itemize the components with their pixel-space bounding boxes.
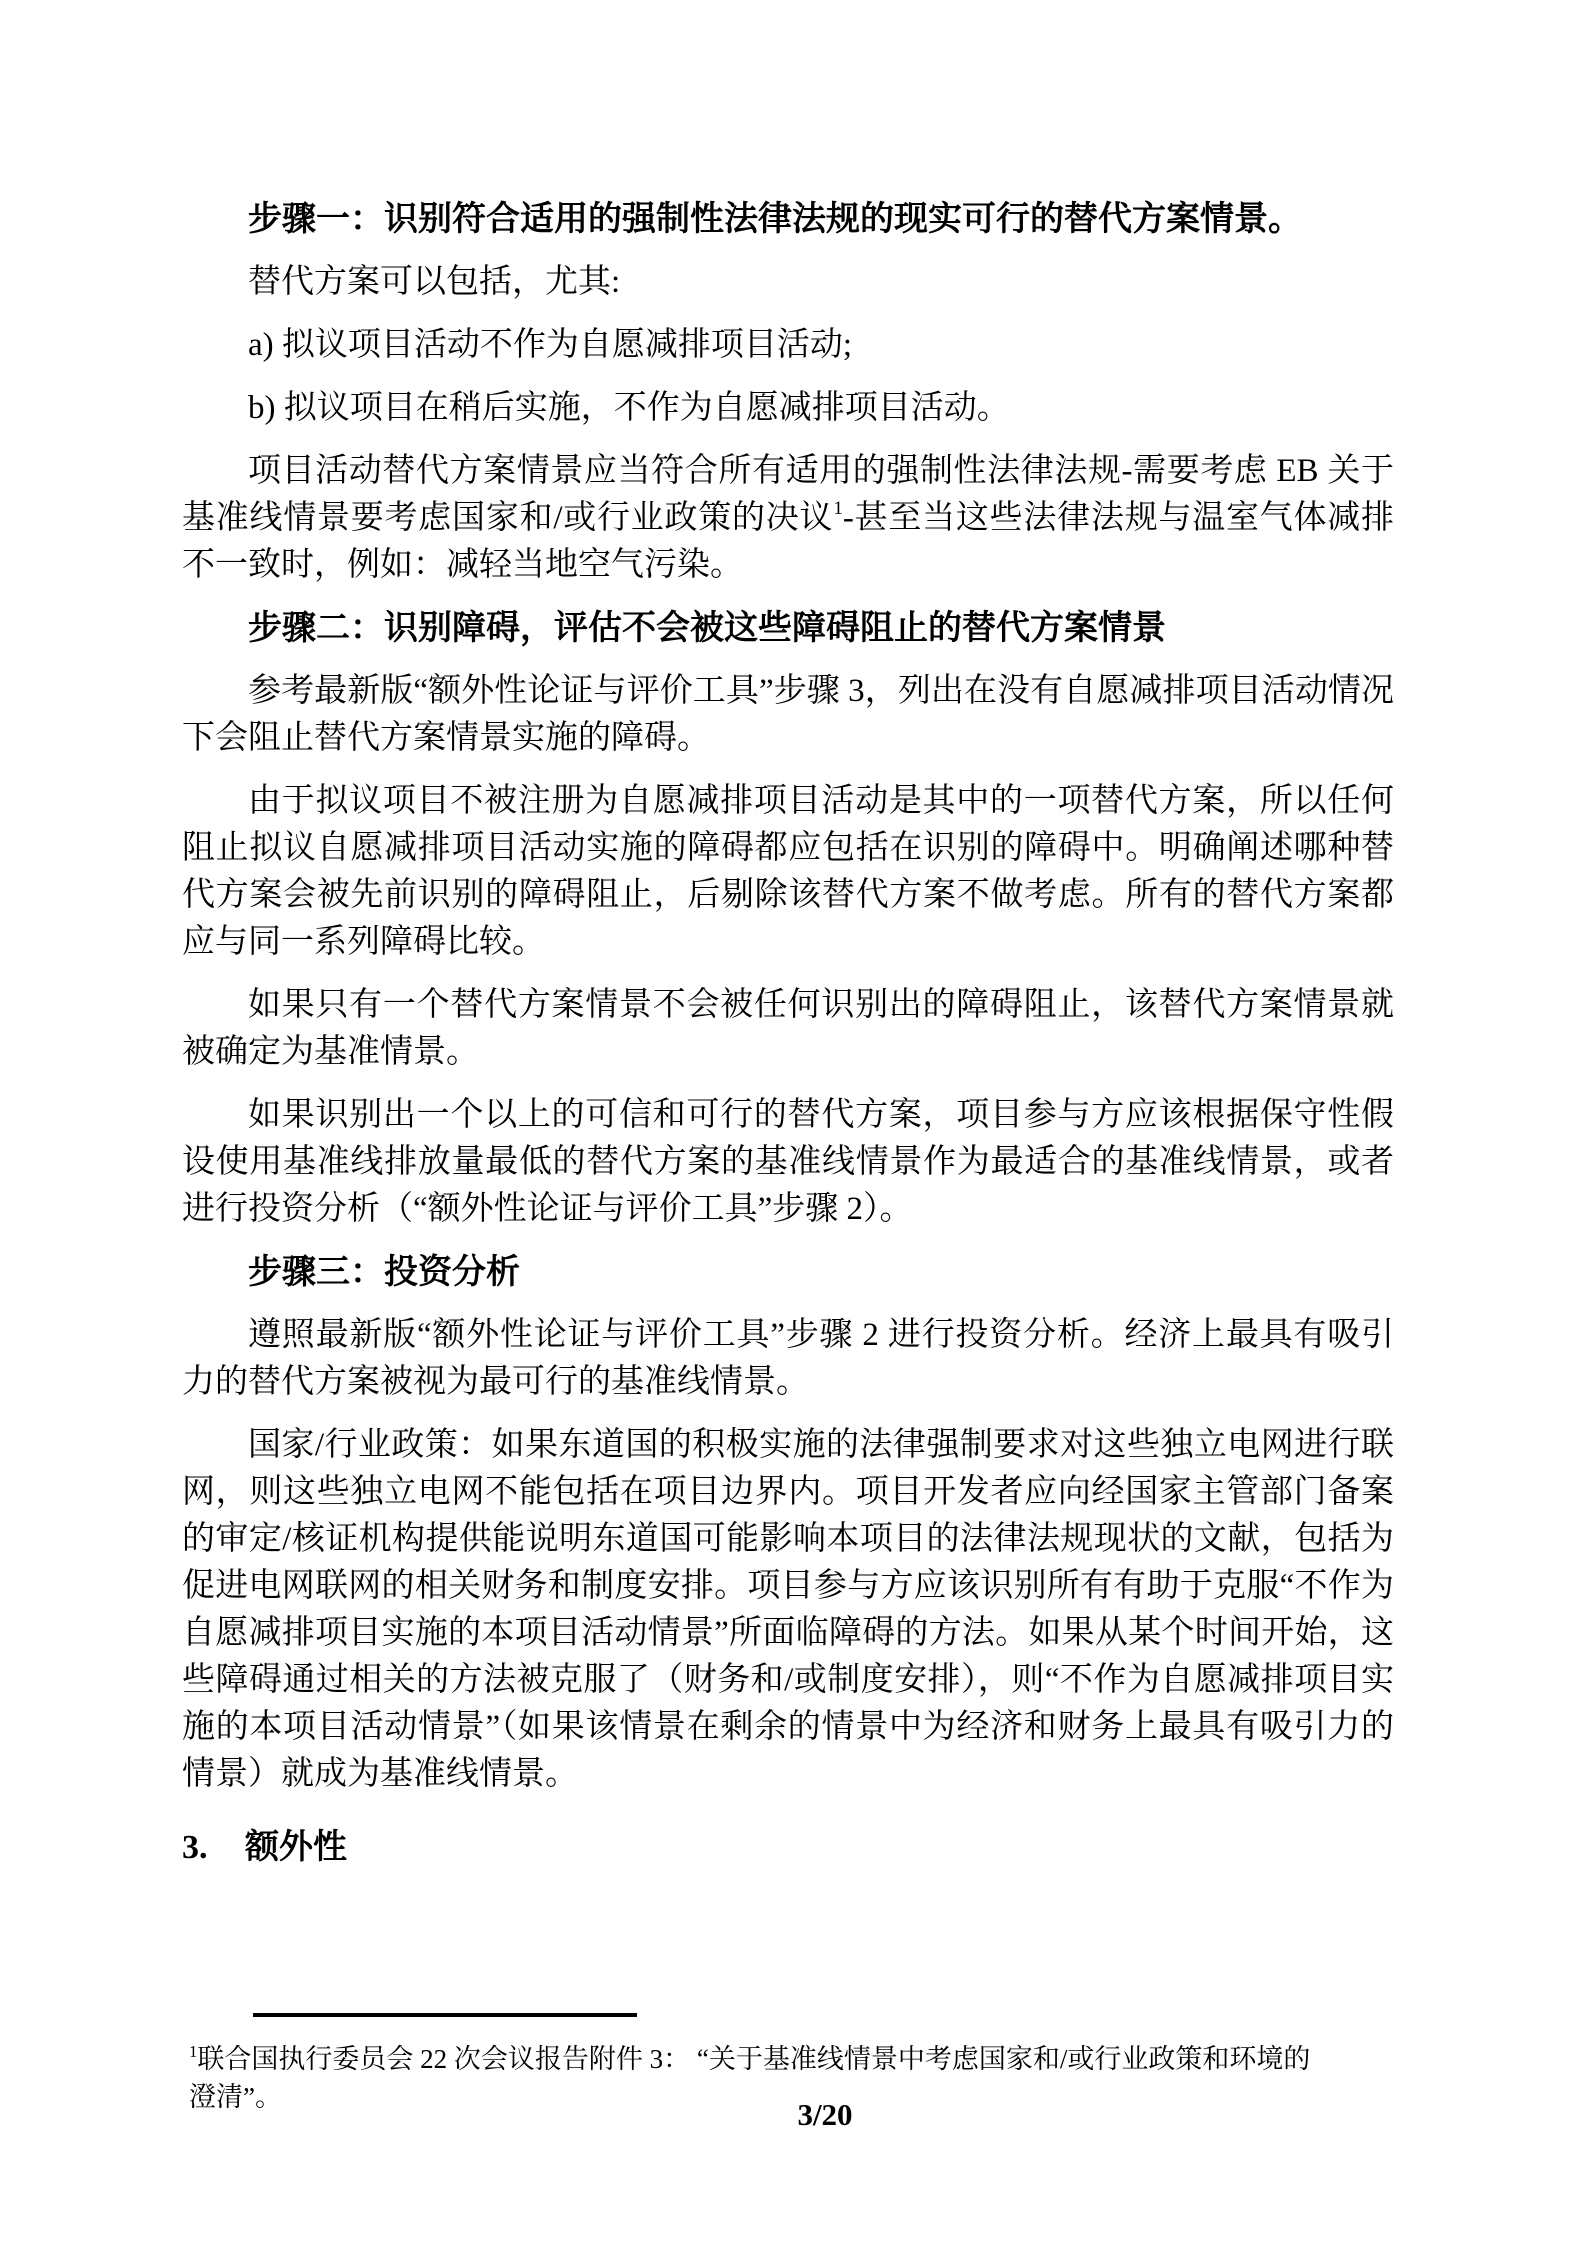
paragraph-single-alternative: 如果只有一个替代方案情景不会被任何识别出的障碍阻止，该替代方案情景就被确定为基准… <box>182 982 1394 1076</box>
footnote-text: 联合国执行委员会 22 次会议报告附件 3： “关于基准线情景中考虑国家和/或行… <box>189 2044 1310 2112</box>
paragraph-barriers-inclusion: 由于拟议项目不被注册为自愿减排项目活动是其中的一项替代方案，所以任何阻止拟议自愿… <box>182 778 1394 966</box>
paragraph-investment-analysis: 遵照最新版“额外性论证与评价工具”步骤 2 进行投资分析。经济上最具有吸引力的替… <box>182 1312 1394 1406</box>
paragraph-barriers-reference: 参考最新版“额外性论证与评价工具”步骤 3，列出在没有自愿减排项目活动情况下会阻… <box>182 668 1394 762</box>
footnote: 1联合国执行委员会 22 次会议报告附件 3： “关于基准线情景中考虑国家和/或… <box>189 2040 1329 2116</box>
section-title: 额外性 <box>245 1829 347 1866</box>
footnote-separator-rule <box>253 2013 637 2017</box>
step-two-heading: 步骤二：识别障碍，评估不会被这些障碍阻止的替代方案情景 <box>182 605 1394 652</box>
page-number: 3/20 <box>797 2096 852 2134</box>
footnote-reference: 1 <box>833 498 843 519</box>
section-heading-additionality: 3.额外性 <box>182 1824 1394 1871</box>
paragraph-alternatives-intro: 替代方案可以包括，尤其: <box>182 259 1394 306</box>
step-one-heading: 步骤一：识别符合适用的强制性法律法规的现实可行的替代方案情景。 <box>182 196 1394 243</box>
paragraph-national-policy: 国家/行业政策：如果东道国的积极实施的法律强制要求对这些独立电网进行联网，则这些… <box>182 1422 1394 1798</box>
paragraph-multiple-alternatives: 如果识别出一个以上的可信和可行的替代方案，项目参与方应该根据保守性假设使用基准线… <box>182 1092 1394 1233</box>
list-item-b: b) 拟议项目在稍后实施，不作为自愿减排项目活动。 <box>182 385 1394 432</box>
document-page: 步骤一：识别符合适用的强制性法律法规的现实可行的替代方案情景。 替代方案可以包括… <box>0 0 1587 2245</box>
paragraph-legal-requirements: 项目活动替代方案情景应当符合所有适用的强制性法律法规-需要考虑 EB 关于基准线… <box>182 448 1394 589</box>
section-number: 3. <box>182 1824 245 1871</box>
list-item-a: a) 拟议项目活动不作为自愿减排项目活动; <box>182 322 1394 369</box>
page-content: 步骤一：识别符合适用的强制性法律法规的现实可行的替代方案情景。 替代方案可以包括… <box>182 196 1394 1871</box>
step-three-heading: 步骤三：投资分析 <box>182 1249 1394 1296</box>
